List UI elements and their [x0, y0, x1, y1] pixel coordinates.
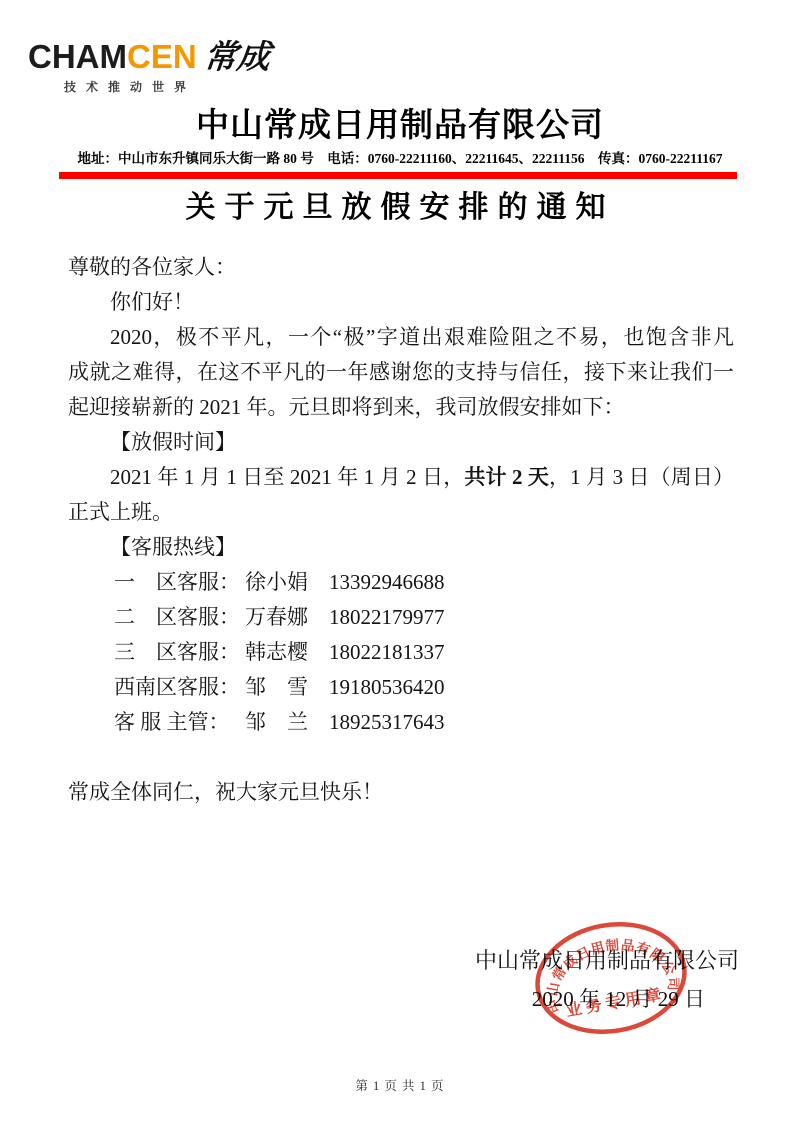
- paragraph-line: 成就之难得，在这不平凡的一年感谢您的支持与信任，接下来让我们一: [68, 355, 734, 390]
- hotline-row: 二 区客服： 万春娜 18022179977: [68, 600, 734, 635]
- holiday-dates-post: ，1 月 3 日（周日）: [549, 465, 734, 489]
- logo-latin-black: CHAM: [28, 38, 127, 75]
- hotline-phone-number: 18022179977: [329, 600, 445, 635]
- hotline-zone-label: 西南区客服：: [114, 670, 245, 705]
- logo-tagline: 技术推动世界: [28, 78, 270, 95]
- document-title: 关于元旦放假安排的通知: [0, 182, 800, 226]
- greeting-line: 你们好！: [68, 285, 734, 320]
- letterhead-address-line: 地址：中山市东升镇同乐大街一路 80 号 电话：0760-22211160、22…: [0, 147, 800, 167]
- hotline-row: 西南区客服： 邹 雪 19180536420: [68, 670, 734, 705]
- hotline-zone-label: 一 区客服：: [114, 565, 245, 600]
- signature-block: 中山常成日用制品有限公司 2020 年 12 月 29 日: [475, 946, 739, 1014]
- document-body: 尊敬的各位家人： 你们好！ 2020，极不平凡，一个“极”字道出艰难险阻之不易，…: [68, 250, 734, 810]
- closing-wish-line: 常成全体同仁，祝大家元旦快乐！: [68, 775, 734, 810]
- hotline-zone-label: 二 区客服：: [114, 600, 245, 635]
- holiday-return-line: 正式上班。: [68, 495, 734, 530]
- notice-document-page: CHAMCEN常成 技术推动世界 中山常成日用制品有限公司 地址：中山市东升镇同…: [0, 0, 800, 1132]
- logo-wordmark: CHAMCEN常成: [28, 40, 270, 74]
- hotline-row: 客 服 主管： 邹 兰 18925317643: [68, 705, 734, 740]
- logo-latin-orange: CEN: [127, 38, 197, 75]
- hotline-agent-name: 邹 雪: [245, 670, 329, 705]
- hotline-row: 三 区客服： 韩志樱 18022181337: [68, 635, 734, 670]
- paragraph-line: 2020，极不平凡，一个“极”字道出艰难险阻之不易，也饱含非凡: [68, 320, 734, 355]
- signature-date: 2020 年 12 月 29 日: [475, 984, 705, 1014]
- holiday-total-days: 共计 2 天: [464, 465, 549, 489]
- blank-line: [68, 740, 734, 775]
- page-number-footer: 第 1 页 共 1 页: [0, 1076, 800, 1094]
- signature-company-name: 中山常成日用制品有限公司: [475, 946, 739, 976]
- salutation-line: 尊敬的各位家人：: [68, 250, 734, 285]
- company-logo: CHAMCEN常成 技术推动世界: [28, 40, 270, 95]
- letterhead-company-name: 中山常成日用制品有限公司: [0, 99, 800, 146]
- letterhead-red-divider: [59, 172, 737, 179]
- hotline-section-header: 【客服热线】: [68, 530, 734, 565]
- hotline-phone-number: 19180536420: [329, 670, 445, 705]
- holiday-section-header: 【放假时间】: [68, 425, 734, 460]
- holiday-dates-pre: 2021 年 1 月 1 日至 2021 年 1 月 2 日，: [110, 465, 464, 489]
- hotline-row: 一 区客服： 徐小娟 13392946688: [68, 565, 734, 600]
- hotline-agent-name: 万春娜: [245, 600, 329, 635]
- logo-chinese-mark: 常成: [202, 40, 272, 74]
- hotline-agent-name: 徐小娟: [245, 565, 329, 600]
- paragraph-line: 起迎接崭新的 2021 年。元旦即将到来，我司放假安排如下：: [68, 390, 734, 425]
- hotline-zone-label: 三 区客服：: [114, 635, 245, 670]
- hotline-phone-number: 13392946688: [329, 565, 445, 600]
- hotline-phone-number: 18022181337: [329, 635, 445, 670]
- hotline-zone-label: 客 服 主管：: [114, 705, 245, 740]
- hotline-agent-name: 邹 兰: [245, 705, 329, 740]
- hotline-phone-number: 18925317643: [329, 705, 445, 740]
- holiday-dates-line: 2021 年 1 月 1 日至 2021 年 1 月 2 日，共计 2 天，1 …: [68, 460, 734, 495]
- hotline-agent-name: 韩志樱: [245, 635, 329, 670]
